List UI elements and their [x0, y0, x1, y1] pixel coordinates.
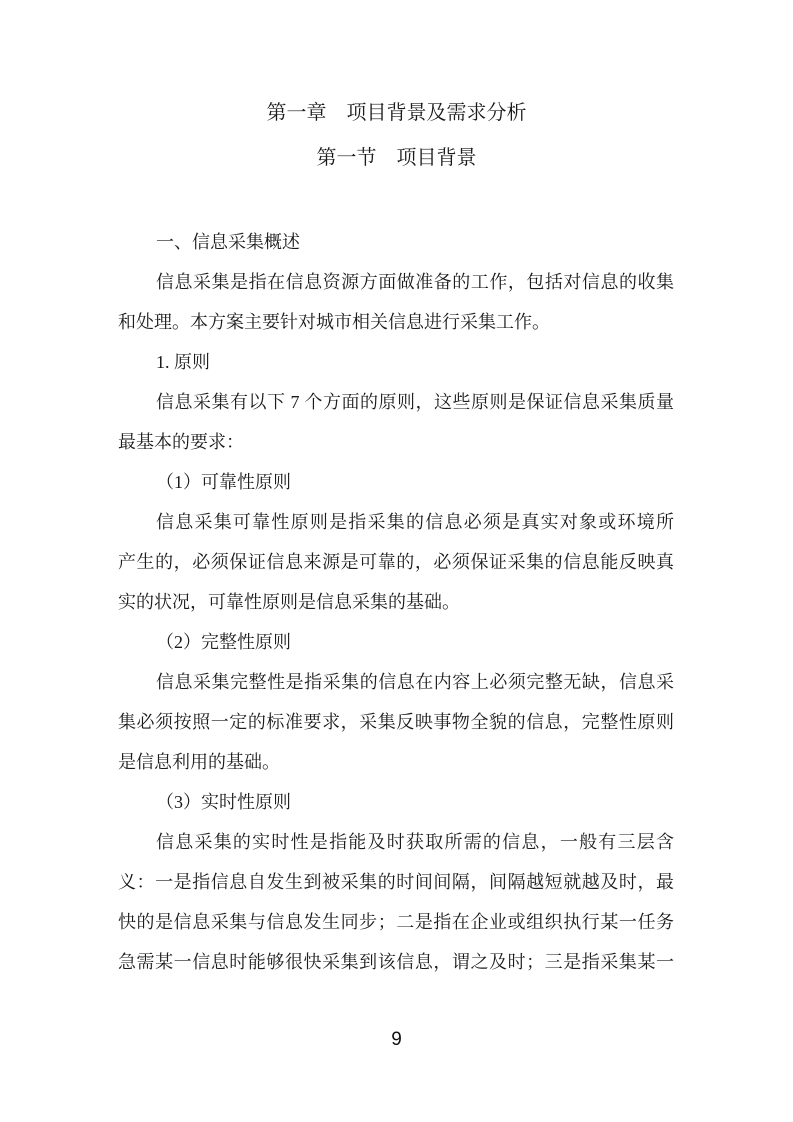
text-line: 实的状况，可靠性原则是信息采集的基础。 — [118, 582, 674, 622]
text-line: 产生的，必须保证信息来源是可靠的，必须保证采集的信息能反映真 — [118, 542, 674, 582]
section-title: 第一节 项目背景 — [0, 138, 793, 178]
text-line: 信息采集是指在信息资源方面做准备的工作，包括对信息的收集 — [118, 262, 674, 302]
text-line: 义：一是指信息自发生到被采集的时间间隔，间隔越短就越及时，最 — [118, 862, 674, 902]
text-line: 最基本的要求： — [118, 422, 674, 462]
text-line: 信息采集的实时性是指能及时获取所需的信息，一般有三层含 — [118, 822, 674, 862]
chapter-title: 第一章 项目背景及需求分析 — [0, 93, 793, 133]
text-line: 是信息利用的基础。 — [118, 742, 674, 782]
text-line: 快的是信息采集与信息发生同步；二是指在企业或组织执行某一任务 — [118, 902, 674, 942]
paragraph-heading: 1. 原则 — [118, 342, 674, 382]
document-page: 第一章 项目背景及需求分析 第一节 项目背景 一、信息采集概述信息采集是指在信息… — [0, 0, 793, 1122]
text-line: 和处理。本方案主要针对城市相关信息进行采集工作。 — [118, 302, 674, 342]
text-line: 集必须按照一定的标准要求，采集反映事物全貌的信息，完整性原则 — [118, 702, 674, 742]
paragraph-heading: （2）完整性原则 — [118, 622, 674, 662]
text-line: 信息采集有以下 7 个方面的原则，这些原则是保证信息采集质量 — [118, 382, 674, 422]
document-body: 一、信息采集概述信息采集是指在信息资源方面做准备的工作，包括对信息的收集和处理。… — [118, 222, 674, 982]
paragraph-heading: 一、信息采集概述 — [118, 222, 674, 262]
paragraph-heading: （1）可靠性原则 — [118, 462, 674, 502]
paragraph-heading: （3）实时性原则 — [118, 782, 674, 822]
text-line: 急需某一信息时能够很快采集到该信息，谓之及时；三是指采集某一 — [118, 942, 674, 982]
text-line: 信息采集可靠性原则是指采集的信息必须是真实对象或环境所 — [118, 502, 674, 542]
page-number: 9 — [0, 1026, 793, 1054]
text-line: 信息采集完整性是指采集的信息在内容上必须完整无缺，信息采 — [118, 662, 674, 702]
